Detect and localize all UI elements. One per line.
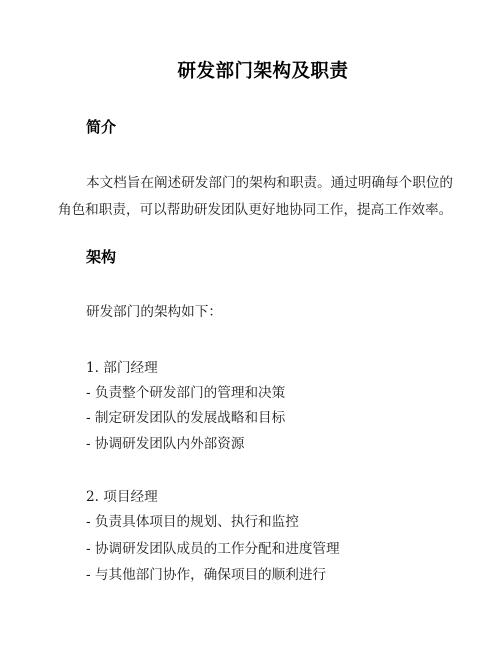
role-title-project-manager: 2. 项目经理: [86, 491, 158, 505]
role-title-department-manager: 1. 部门经理: [86, 362, 158, 376]
intro-paragraph-line-1: 本文档旨在阐述研发部门的架构和职责。通过明确每个职位的: [86, 177, 453, 191]
section-heading-intro: 简介: [86, 120, 116, 135]
document-title: 研发部门架构及职责: [0, 63, 502, 82]
role-duty: - 协调研发团队成员的工作分配和进度管理: [86, 543, 340, 557]
intro-paragraph-line-2: 角色和职责，可以帮助研发团队更好地协同工作，提高工作效率。: [58, 204, 452, 218]
role-duty: - 与其他部门协作，确保项目的顺利进行: [86, 569, 326, 583]
structure-intro: 研发部门的架构如下：: [86, 306, 222, 320]
role-duty: - 协调研发团队内外部资源: [86, 438, 244, 452]
section-heading-structure: 架构: [86, 250, 116, 265]
role-duty: - 负责整个研发部门的管理和决策: [86, 387, 285, 401]
document-page: 研发部门架构及职责 简介 本文档旨在阐述研发部门的架构和职责。通过明确每个职位的…: [0, 0, 502, 649]
role-duty: - 负责具体项目的规划、执行和监控: [86, 516, 299, 530]
role-duty: - 制定研发团队的发展战略和目标: [86, 412, 285, 426]
